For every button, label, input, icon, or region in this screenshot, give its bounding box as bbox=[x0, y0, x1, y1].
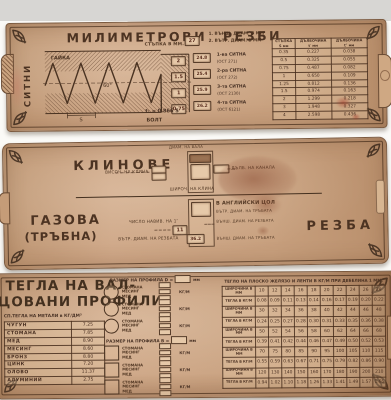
svg-text:60°: 60° bbox=[103, 83, 112, 89]
table-row: ТЕГЛА В КГ/М0.941.021.101.181.261.331.41… bbox=[223, 377, 386, 388]
table-cell: 0.28 bbox=[294, 316, 307, 326]
svg-text:БОЛТ: БОЛТ bbox=[146, 117, 162, 123]
column-header: СТЪПКА S мм bbox=[272, 38, 295, 48]
table-cell: 0.59 bbox=[269, 357, 282, 367]
profile-row: СТОМАНА МЕСИНГ МЕД КГ/М bbox=[104, 283, 218, 301]
table-cell: 62 bbox=[333, 326, 346, 336]
table-cell: 16 bbox=[294, 286, 307, 296]
table-cell: 0.16 bbox=[320, 296, 333, 306]
table-cell: 0.35 bbox=[272, 48, 295, 56]
square-profile-list: СТОМАНА МЕСИНГ МЕД КГ/М СТОМАНА МЕСИНГ bbox=[104, 344, 218, 396]
flat-iron-weight-table: ШИРОЧИНА В ММ10121416182022242628ТЕГЛА В… bbox=[222, 285, 387, 389]
table-cell: 40 bbox=[320, 306, 333, 316]
table-cell: 22 bbox=[333, 285, 346, 295]
table-cell: 1.65 bbox=[373, 377, 386, 387]
unit-label: КГ/М bbox=[174, 289, 190, 294]
table-cell: 0.50 bbox=[347, 336, 360, 346]
table-cell: 130 bbox=[269, 367, 282, 377]
table-cell: 0.13 bbox=[294, 296, 307, 306]
size-window[interactable] bbox=[171, 336, 187, 344]
table-cell: 28 bbox=[372, 285, 385, 295]
channel-depth-label: ДЪЛБ. НА КАНАЛА bbox=[231, 164, 283, 170]
table-cell: 0.75 bbox=[272, 64, 295, 72]
fine-thread-row: 1.5 25.4 2-ра СИТНА (ОСТ 272) bbox=[171, 67, 271, 84]
table-cell: 1.10 bbox=[282, 377, 295, 387]
table-cell: 30 bbox=[255, 306, 268, 316]
table-cell: 0.63 bbox=[282, 357, 295, 367]
slider-tab-left[interactable] bbox=[1, 54, 14, 94]
profile-row: СТОМАНА МЕСИНГ МЕД КГ/М bbox=[104, 344, 218, 362]
table-cell: 0.39 bbox=[256, 337, 269, 347]
thread-outer-window[interactable]: 36.2 bbox=[187, 234, 205, 244]
shaft-diameter-window[interactable] bbox=[189, 154, 211, 163]
table-cell: 140 bbox=[282, 367, 295, 377]
table-cell: 0.71 bbox=[308, 357, 321, 367]
table-cell: 44 bbox=[346, 306, 359, 316]
pitch-window[interactable]: 1.5 bbox=[171, 72, 186, 82]
shaft-diameter-label: ДИАМ. НА ВАЛА bbox=[169, 145, 203, 150]
leader-line bbox=[154, 229, 170, 230]
circle-profile-icon bbox=[104, 285, 119, 300]
table-cell: 1.33 bbox=[321, 377, 334, 387]
table-cell: 1.49 bbox=[347, 377, 360, 387]
square-profile-icon bbox=[104, 346, 119, 361]
table-cell: ТЕГЛА В КГ/М bbox=[222, 296, 255, 306]
svg-text:ГАЙКА: ГАЙКА bbox=[51, 53, 70, 61]
table-cell: 0.52 bbox=[360, 336, 373, 346]
round-profile-list: СТОМАНА МЕСИНГ МЕД КГ/М СТОМАНА МЕСИНГ bbox=[104, 283, 218, 335]
thread-depth-table: СТЪПКА S ммДЪЛБОЧИНА t′ ммДЪЛБОЧИНА t″ м… bbox=[272, 37, 369, 120]
unit-label: КГ/М bbox=[174, 384, 190, 389]
table-cell: 200 bbox=[360, 367, 373, 377]
divider-rule bbox=[76, 193, 322, 198]
table-cell: 0.86 bbox=[360, 357, 373, 367]
table-cell: 1 bbox=[272, 72, 295, 80]
table-cell: 0.79 bbox=[334, 357, 347, 367]
table-cell: 0.5 bbox=[272, 56, 295, 64]
table-cell: 0.31 bbox=[320, 316, 333, 326]
thread-series-name: 4-та СИТНА bbox=[217, 100, 246, 105]
card-metric-threads: МИЛИМЕТРОВИ РЕЗБИ СИТНИ ГАЙКА 60° БОЛТ bbox=[5, 19, 387, 132]
size-unit: мм bbox=[193, 276, 200, 281]
fine-thread-row: 1 25.9 3-та СИТНА (ОСТ 2130) bbox=[171, 83, 271, 100]
flat-iron-table-title: ТЕГЛО НА ПЛОСКО ЖЕЛЯЗО И ЛЕНТИ В КГ/М ПР… bbox=[222, 278, 386, 284]
turns-per-inch-label: ЧИСЛО НАВИВ. НА 1″ bbox=[120, 218, 178, 224]
table-cell: 1.18 bbox=[295, 377, 308, 387]
table-cell: 0.53 bbox=[373, 336, 386, 346]
table-cell: 68 bbox=[372, 326, 385, 336]
thread-standard-number: (ОСТ 6121) bbox=[217, 107, 240, 112]
table-cell: 0.41 bbox=[269, 337, 282, 347]
table-cell: 2 bbox=[273, 96, 296, 104]
unit-label: КГ/М bbox=[174, 367, 190, 372]
table-cell: 0.11 bbox=[281, 296, 294, 306]
table-cell: ШИРОЧИНА В ММ bbox=[222, 327, 255, 337]
section-title-gas: ГАЗОВА bbox=[30, 213, 101, 229]
table-cell: 0.67 bbox=[295, 357, 308, 367]
column-header: ДЪЛБОЧИНА t′ мм bbox=[295, 38, 331, 48]
weight-windows[interactable] bbox=[159, 377, 171, 396]
profile-row: СТОМАНА МЕСИНГ МЕД КГ/М bbox=[104, 378, 218, 396]
table-cell: 8.60 bbox=[72, 345, 105, 353]
table-cell: ШИРОЧИНА В ММ bbox=[223, 368, 256, 378]
table-cell: ШИРОЧИНА В ММ bbox=[222, 286, 255, 296]
table-cell: 90 bbox=[308, 347, 321, 357]
key-width-label: ШИРОЧ. НА КЛИНА bbox=[170, 185, 232, 191]
table-cell: 100 bbox=[334, 347, 347, 357]
table-cell: 14 bbox=[281, 286, 294, 296]
table-cell: ТЕГЛА В КГ/М bbox=[222, 317, 255, 327]
table-cell: 0.47 bbox=[321, 336, 334, 346]
table-cell: 0.33 bbox=[333, 316, 346, 326]
table-cell: 1.25 bbox=[273, 80, 296, 88]
slider-tab-right[interactable] bbox=[378, 54, 391, 108]
table-cell: 2.598 bbox=[296, 111, 332, 119]
diameter-window[interactable]: 26.2 bbox=[193, 101, 211, 111]
column-header: ДЪЛБОЧИНА t″ мм bbox=[331, 38, 367, 48]
table-cell: 12 bbox=[268, 286, 281, 296]
table-cell: 0.55 bbox=[256, 357, 269, 367]
photo-background-strip bbox=[0, 0, 391, 21]
corner-flourish-icon bbox=[10, 242, 32, 264]
table-cell: 64 bbox=[346, 326, 359, 336]
table-cell: 0.25 bbox=[268, 316, 281, 326]
side-label-fine-threads: СИТНИ bbox=[23, 64, 33, 107]
table-cell: 0.35 bbox=[346, 316, 359, 326]
thread-inner-diameter-label: ВЪТР. ДИАМ. НА РЕЗБАТА bbox=[113, 235, 179, 241]
profile-metals: СТОМАНА МЕСИНГ МЕД bbox=[122, 346, 156, 359]
slider-tab-left[interactable] bbox=[0, 192, 10, 224]
english-inch-label: В АНГЛИЙСКИ ЦОЛ bbox=[216, 199, 286, 206]
table-cell: 36 bbox=[294, 306, 307, 316]
table-cell: 70 bbox=[256, 347, 269, 357]
table-cell: 0.46 bbox=[308, 337, 321, 347]
pipe-outer-diameter-label: ВЪНШ. ДИАМ. НА ТРЪБАТА bbox=[217, 235, 287, 241]
table-cell: 210 bbox=[373, 367, 386, 377]
table-cell: 42 bbox=[333, 306, 346, 316]
thread-standard-number: (ОСТ 271) bbox=[217, 59, 237, 64]
leader-line bbox=[204, 224, 214, 225]
table-cell: 56 bbox=[294, 326, 307, 336]
photo-of-slide-rule-cards: МИЛИМЕТРОВИ РЕЗБИ СИТНИ ГАЙКА 60° БОЛТ bbox=[0, 0, 391, 400]
table-cell: 20 bbox=[320, 286, 333, 296]
corner-flourish-icon bbox=[361, 236, 383, 258]
profile-size-panel: РАЗМЕР НА ПРОФИЛА D = мм СТОМАНА МЕСИНГ … bbox=[102, 273, 221, 398]
table-cell: 26 bbox=[359, 285, 372, 295]
table-cell: 0.75 bbox=[321, 357, 334, 367]
table-cell: 10 bbox=[255, 286, 268, 296]
table-cell: 60 bbox=[320, 326, 333, 336]
svg-text:S: S bbox=[79, 117, 82, 123]
legend-inner-diameter: 2. ВЪТР. ДИАМ. В ММ bbox=[209, 37, 265, 44]
table-cell: 0.22 bbox=[372, 295, 385, 305]
table-cell: ТЕГЛА В КГ/М bbox=[223, 357, 256, 367]
table-cell: 0.08 bbox=[255, 296, 268, 306]
table-cell: 0.90 bbox=[373, 356, 386, 366]
slider-tab-right[interactable] bbox=[387, 316, 391, 360]
pitch-window[interactable]: 1 bbox=[171, 88, 186, 98]
table-cell: 58 bbox=[307, 326, 320, 336]
table-cell: 0.27 bbox=[281, 316, 294, 326]
card-rolled-profile-weights: ТЕГЛА НА ВАЛ- ЦОВАНИ ПРОФИЛИ СП.ТЕГЛА НА… bbox=[0, 271, 391, 400]
table-cell: 0.24 bbox=[255, 317, 268, 327]
profile-metals: СТОМАНА МЕСИНГ МЕД bbox=[122, 319, 156, 332]
table-cell: 1.57 bbox=[360, 377, 373, 387]
table-cell: 1.5 bbox=[273, 88, 296, 96]
table-cell: 0.44 bbox=[295, 337, 308, 347]
key-height-window[interactable] bbox=[151, 173, 166, 181]
diameter-legend: 1. ВЪНШ. ДИАМ. В ММ 2. ВЪТР. ДИАМ. В ММ bbox=[209, 30, 265, 44]
table-cell: ШИРОЧИНА В ММ bbox=[222, 306, 255, 316]
table-cell: 50 bbox=[255, 327, 268, 337]
table-cell: 34 bbox=[281, 306, 294, 316]
table-cell: 80 bbox=[282, 347, 295, 357]
table-cell: 1.02 bbox=[269, 378, 282, 388]
diameter-window[interactable]: 25.4 bbox=[193, 69, 211, 79]
section-title-pipe: (ТРЪБНА) bbox=[24, 229, 97, 244]
turns-window[interactable]: 11 bbox=[172, 225, 187, 235]
table-cell: 11.37 bbox=[72, 368, 105, 376]
table-cell: 32 bbox=[268, 306, 281, 316]
table-cell: 105 bbox=[347, 346, 360, 356]
thread-standard-number: (ОСТ 2130) bbox=[217, 91, 240, 96]
weight-windows[interactable] bbox=[159, 316, 171, 335]
diameter-window[interactable]: 25.9 bbox=[193, 85, 211, 95]
table-cell: 0.82 bbox=[347, 357, 360, 367]
table-cell: 170 bbox=[321, 367, 334, 377]
unit-label: КГ/М bbox=[174, 306, 190, 311]
size-window[interactable] bbox=[175, 275, 191, 283]
table-cell: 66 bbox=[359, 326, 372, 336]
table-cell: 95 bbox=[321, 347, 334, 357]
table-cell: 150 bbox=[295, 367, 308, 377]
table-cell: 85 bbox=[295, 347, 308, 357]
card-keys-and-pipe-thread: КЛИНОВЕ ГАЗОВА (ТРЪБНА) РЕЗБА ДИАМ. НА В… bbox=[2, 137, 389, 271]
unit-label: КГ/М bbox=[174, 323, 190, 328]
depth-formula: t₁ = 0.866 S bbox=[145, 108, 178, 114]
table-cell: 180 bbox=[334, 367, 347, 377]
table-cell: 48 bbox=[372, 306, 385, 316]
table-cell: 0.14 bbox=[307, 296, 320, 306]
table-cell: 2.75 bbox=[72, 376, 105, 384]
table-cell: 160 bbox=[308, 367, 321, 377]
corner-flourish-icon bbox=[12, 29, 34, 51]
profile-metals: СТОМАНА МЕСИНГ МЕД bbox=[122, 363, 156, 376]
profile-row: СТОМАНА МЕСИНГ МЕД КГ/М bbox=[104, 300, 218, 318]
table-cell: 1.26 bbox=[308, 377, 321, 387]
metal-weights-header: СП.ТЕГЛА НА МЕТАЛИ в КГ/ДМ³ bbox=[4, 314, 82, 320]
pitch-window[interactable]: 2 bbox=[171, 56, 186, 66]
diameter-window[interactable]: 24.8 bbox=[193, 53, 211, 63]
circle-profile-icon bbox=[104, 302, 119, 317]
table-cell: 110 bbox=[360, 346, 373, 356]
table-cell: 52 bbox=[268, 327, 281, 337]
table-cell: 0.17 bbox=[333, 296, 346, 306]
table-cell: 1.41 bbox=[334, 377, 347, 387]
table-cell: 0.436 bbox=[332, 111, 368, 119]
table-cell: 54 bbox=[281, 327, 294, 337]
circle-profile-icon bbox=[104, 319, 119, 334]
fine-thread-row: 2 24.8 1-ва СИТНА (ОСТ 271) bbox=[171, 51, 271, 68]
table-cell: 0.49 bbox=[334, 336, 347, 346]
table-cell: 7.25 bbox=[71, 321, 104, 329]
thread-series-name: 2-ра СИТНА bbox=[217, 68, 247, 73]
section-title-thread: РЕЗБА bbox=[306, 218, 374, 234]
table-cell: 24 bbox=[346, 285, 359, 295]
table-cell: 8.90 bbox=[72, 337, 105, 345]
table-cell: 0.36 bbox=[359, 316, 372, 326]
profile-metals: СТОМАНА МЕСИНГ МЕД bbox=[122, 380, 156, 393]
fine-thread-row: 0.75 26.2 4-та СИТНА (ОСТ 6121) bbox=[171, 99, 271, 116]
thread-series-name: 1-ва СИТНА bbox=[217, 52, 246, 57]
table-row: 42.5980.436 bbox=[273, 111, 368, 120]
stain bbox=[218, 155, 297, 202]
size-unit: мм bbox=[189, 337, 196, 342]
metal-specific-weight-table: ЧУГУН7.25СТОМАНА7.85МЕД8.90МЕСИНГ8.60БРО… bbox=[4, 321, 105, 386]
corner-flourish-icon bbox=[359, 143, 381, 165]
table-cell: 8.80 bbox=[72, 353, 105, 361]
table-cell: 0.38 bbox=[372, 316, 385, 326]
square-profile-icon bbox=[104, 363, 119, 378]
table-cell: 115 bbox=[373, 346, 386, 356]
profile-metals: СТОМАНА МЕСИНГ МЕД bbox=[122, 285, 156, 298]
corner-flourish-icon bbox=[8, 149, 30, 171]
table-cell: 120 bbox=[256, 367, 269, 377]
table-cell: 7.20 bbox=[72, 361, 105, 369]
profile-row: СТОМАНА МЕСИНГ МЕД КГ/М bbox=[104, 317, 218, 335]
pipe-inner-diameter-label: ВЪТР. ДИАМ. НА ТРЪБАТА bbox=[216, 208, 286, 214]
table-cell: 4 bbox=[273, 112, 296, 120]
thread-standard-number: (ОСТ 272) bbox=[217, 75, 237, 80]
table-cell: 18 bbox=[307, 286, 320, 296]
table-cell: 190 bbox=[347, 367, 360, 377]
table-cell: 0.30 bbox=[307, 316, 320, 326]
key-size-window[interactable] bbox=[190, 164, 210, 180]
table-cell: 0.42 bbox=[282, 337, 295, 347]
profile-row: СТОМАНА МЕСИНГ МЕД КГ/М bbox=[104, 361, 218, 379]
outer-diameter-window[interactable]: 27 bbox=[185, 36, 200, 46]
table-cell: ШИРОЧИНА В ММ bbox=[223, 347, 256, 357]
inch-size-window[interactable] bbox=[191, 202, 211, 217]
unit-label: КГ/М bbox=[174, 350, 190, 355]
table-row: АЛУМИНИЙ2.75 bbox=[5, 376, 105, 385]
table-cell: ТЕГЛА В КГ/М bbox=[223, 337, 256, 347]
square-profile-icon bbox=[104, 380, 119, 395]
thread-outer-diameter-label: ВЪНШ. ДИАМ. НА РЕЗБАТА bbox=[216, 218, 286, 224]
table-cell: 3 bbox=[273, 104, 296, 112]
fine-thread-rows: 2 24.8 1-ва СИТНА (ОСТ 271) 1.5 25.4 2-р… bbox=[171, 51, 272, 122]
table-cell: 75 bbox=[269, 347, 282, 357]
table-cell: 38 bbox=[307, 306, 320, 316]
table-cell: АЛУМИНИЙ bbox=[5, 377, 72, 385]
leader-line bbox=[227, 168, 235, 169]
table-cell: 0.09 bbox=[268, 296, 281, 306]
table-cell: 46 bbox=[359, 306, 372, 316]
thread-series-name: 3-та СИТНА bbox=[217, 84, 246, 89]
table-cell: 0.94 bbox=[256, 378, 269, 388]
slider-notch-right[interactable] bbox=[376, 180, 386, 214]
profile-metals: СТОМАНА МЕСИНГ МЕД bbox=[122, 302, 156, 315]
table-cell: ТЕГЛА В КГ/М bbox=[223, 378, 256, 388]
table-cell: 0.20 bbox=[359, 295, 372, 305]
table-cell: 0.19 bbox=[346, 296, 359, 306]
table-cell: 7.85 bbox=[71, 329, 104, 337]
